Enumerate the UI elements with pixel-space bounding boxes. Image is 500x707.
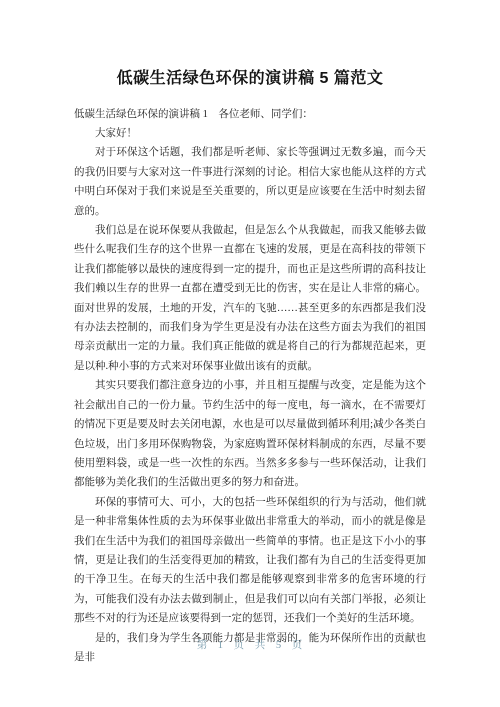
- paragraph-body-4: 环保的事情可大、可小，大的包括一些环保组织的行为与活动，他们就是一种非常集体性质…: [74, 493, 426, 629]
- paragraph-body-2: 我们总是在说环保要从我做起，但是怎么个从我做起，而我又能够去做些什么呢我们生存的…: [74, 221, 426, 376]
- paragraph-body-1: 对于环保这个话题，我们都是听老师、家长等强调过无数多遍，而今天的我仍旧要与大家对…: [74, 143, 426, 221]
- document-body: 低碳生活绿色环保的演讲稿 5 篇范文 低碳生活绿色环保的演讲稿 1 各位老师、同…: [74, 68, 426, 667]
- paragraph-section-heading: 低碳生活绿色环保的演讲稿 1 各位老师、同学们：: [74, 105, 426, 124]
- document-title: 低碳生活绿色环保的演讲稿 5 篇范文: [74, 68, 426, 90]
- paragraph-greeting: 大家好！: [74, 124, 426, 143]
- document-page: 低碳生活绿色环保的演讲稿 5 篇范文 低碳生活绿色环保的演讲稿 1 各位老师、同…: [0, 0, 500, 707]
- page-number-footer: 第 1 页 共 5 页: [0, 639, 500, 653]
- paragraph-body-3: 其实只要我们都注意身边的小事，并且相互提醒与改变，定是能为这个社会献出自己的一份…: [74, 376, 426, 492]
